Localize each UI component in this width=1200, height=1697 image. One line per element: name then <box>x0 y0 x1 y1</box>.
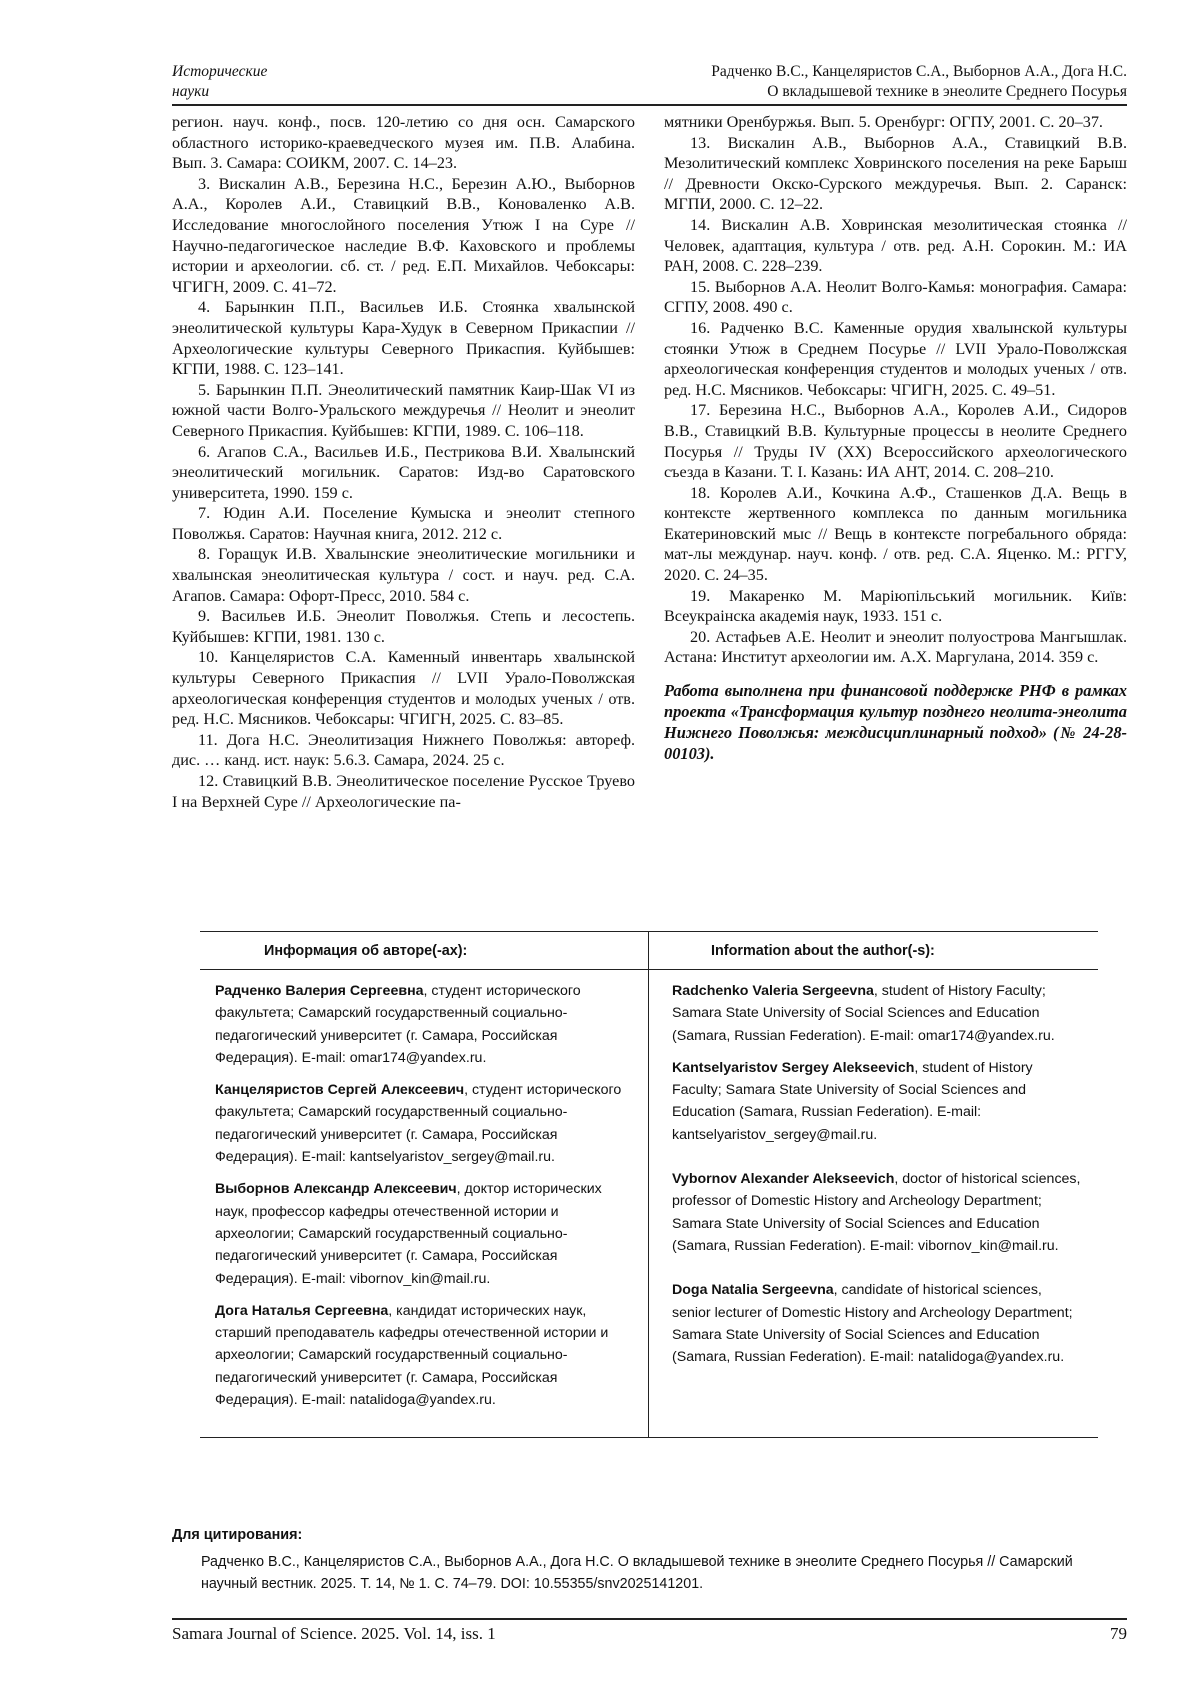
citation-text: Радченко В.С., Канцеляристов С.А., Выбор… <box>172 1551 1127 1595</box>
section-line-2: науки <box>172 82 267 102</box>
author-info-table: Информация об авторе(-ах): Information a… <box>200 931 1098 1438</box>
reference-item: 15. Выборнов А.А. Неолит Волго-Камья: мо… <box>664 277 1127 318</box>
reference-item: 5. Барынкин П.П. Энеолитический памятник… <box>172 380 635 442</box>
reference-item: 3. Вискалин А.В., Березина Н.С., Березин… <box>172 174 635 298</box>
page-number: 79 <box>1110 1622 1127 1646</box>
author-entry: Выборнов Александр Алексеевич, доктор ис… <box>215 1178 634 1289</box>
page-footer: Samara Journal of Science. 2025. Vol. 14… <box>172 1618 1127 1646</box>
reference-column-left: регион. науч. конф., посв. 120-летию со … <box>172 112 635 812</box>
author-name: Дога Наталья Сергеевна <box>215 1303 388 1319</box>
reference-item: 10. Канцеляристов С.А. Каменный инвентар… <box>172 647 635 729</box>
citation-title: Для цитирования: <box>172 1525 1127 1545</box>
section-name: Исторические науки <box>172 62 267 102</box>
author-heading-ru: Информация об авторе(-ах): <box>200 932 649 969</box>
article-running-title: Радченко В.С., Канцеляристов С.А., Выбор… <box>711 62 1127 102</box>
author-entry: Радченко Валерия Сергеевна, студент исто… <box>215 980 634 1069</box>
author-entry: Vybornov Alexander Alekseevich, doctor o… <box>672 1168 1084 1257</box>
reference-list: регион. науч. конф., посв. 120-летию со … <box>172 112 1127 812</box>
author-name: Канцеляристов Сергей Алексеевич <box>215 1082 464 1098</box>
author-column-ru: Радченко Валерия Сергеевна, студент исто… <box>200 970 649 1437</box>
reference-item: 17. Березина Н.С., Выборнов А.А., Короле… <box>664 400 1127 482</box>
reference-item: 19. Макаренко М. Маріюпільський могильни… <box>664 586 1127 627</box>
running-authors: Радченко В.С., Канцеляристов С.А., Выбор… <box>711 62 1127 82</box>
author-column-en: Radchenko Valeria Sergeevna, student of … <box>649 970 1098 1437</box>
author-name: Radchenko Valeria Sergeevna <box>672 983 874 999</box>
reference-item: 16. Радченко В.С. Каменные орудия хвалын… <box>664 318 1127 400</box>
author-entry: Канцеляристов Сергей Алексеевич, студент… <box>215 1079 634 1168</box>
author-entry: Kantselyaristov Sergey Alekseevich, stud… <box>672 1057 1084 1146</box>
reference-item: 18. Королев А.И., Кочкина А.Ф., Сташенко… <box>664 483 1127 586</box>
author-name: Радченко Валерия Сергеевна <box>215 983 424 999</box>
citation-block: Для цитирования: Радченко В.С., Канцеляр… <box>172 1525 1127 1595</box>
author-heading-en: Information about the author(-s): <box>649 932 1098 969</box>
author-table-body: Радченко Валерия Сергеевна, студент исто… <box>200 970 1098 1437</box>
reference-item: 14. Вискалин А.В. Ховринская мезолитичес… <box>664 215 1127 277</box>
reference-item: 7. Юдин А.И. Поселение Кумыска и энеолит… <box>172 503 635 544</box>
author-entry: Дога Наталья Сергеевна, кандидат историч… <box>215 1300 634 1411</box>
reference-item: 20. Астафьев А.Е. Неолит и энеолит полуо… <box>664 627 1127 668</box>
author-name: Выборнов Александр Алексеевич <box>215 1181 457 1197</box>
reference-item: 6. Агапов С.А., Васильев И.Б., Пестриков… <box>172 442 635 504</box>
journal-name: Samara Journal of Science. 2025. Vol. 14… <box>172 1622 496 1646</box>
reference-item: 12. Ставицкий В.В. Энеолитическое поселе… <box>172 771 635 812</box>
reference-item: 11. Дога Н.С. Энеолитизация Нижнего Пово… <box>172 730 635 771</box>
section-line-1: Исторические <box>172 62 267 82</box>
reference-item: 9. Васильев И.Б. Энеолит Поволжья. Степь… <box>172 606 635 647</box>
author-name: Vybornov Alexander Alekseevich <box>672 1171 894 1187</box>
author-entry: Radchenko Valeria Sergeevna, student of … <box>672 980 1084 1047</box>
reference-item: 4. Барынкин П.П., Васильев И.Б. Стоянка … <box>172 297 635 379</box>
author-table-header: Информация об авторе(-ах): Information a… <box>200 932 1098 970</box>
running-header: Исторические науки Радченко В.С., Канцел… <box>172 62 1127 106</box>
author-entry: Doga Natalia Sergeevna, candidate of his… <box>672 1279 1084 1368</box>
reference-item: 13. Вискалин А.В., Выборнов А.А., Ставиц… <box>664 133 1127 215</box>
funding-acknowledgement: Работа выполнена при финансовой поддержк… <box>664 680 1127 764</box>
reference-column-right: мятники Оренбуржья. Вып. 5. Оренбург: ОГ… <box>664 112 1127 812</box>
author-name: Kantselyaristov Sergey Alekseevich <box>672 1060 914 1076</box>
reference-item: регион. науч. конф., посв. 120-летию со … <box>172 112 635 174</box>
author-name: Doga Natalia Sergeevna <box>672 1282 834 1298</box>
reference-item: 8. Горащук И.В. Хвалынские энеолитически… <box>172 544 635 606</box>
running-title: О вкладышевой технике в энеолите Среднег… <box>711 82 1127 102</box>
reference-item: мятники Оренбуржья. Вып. 5. Оренбург: ОГ… <box>664 112 1127 133</box>
